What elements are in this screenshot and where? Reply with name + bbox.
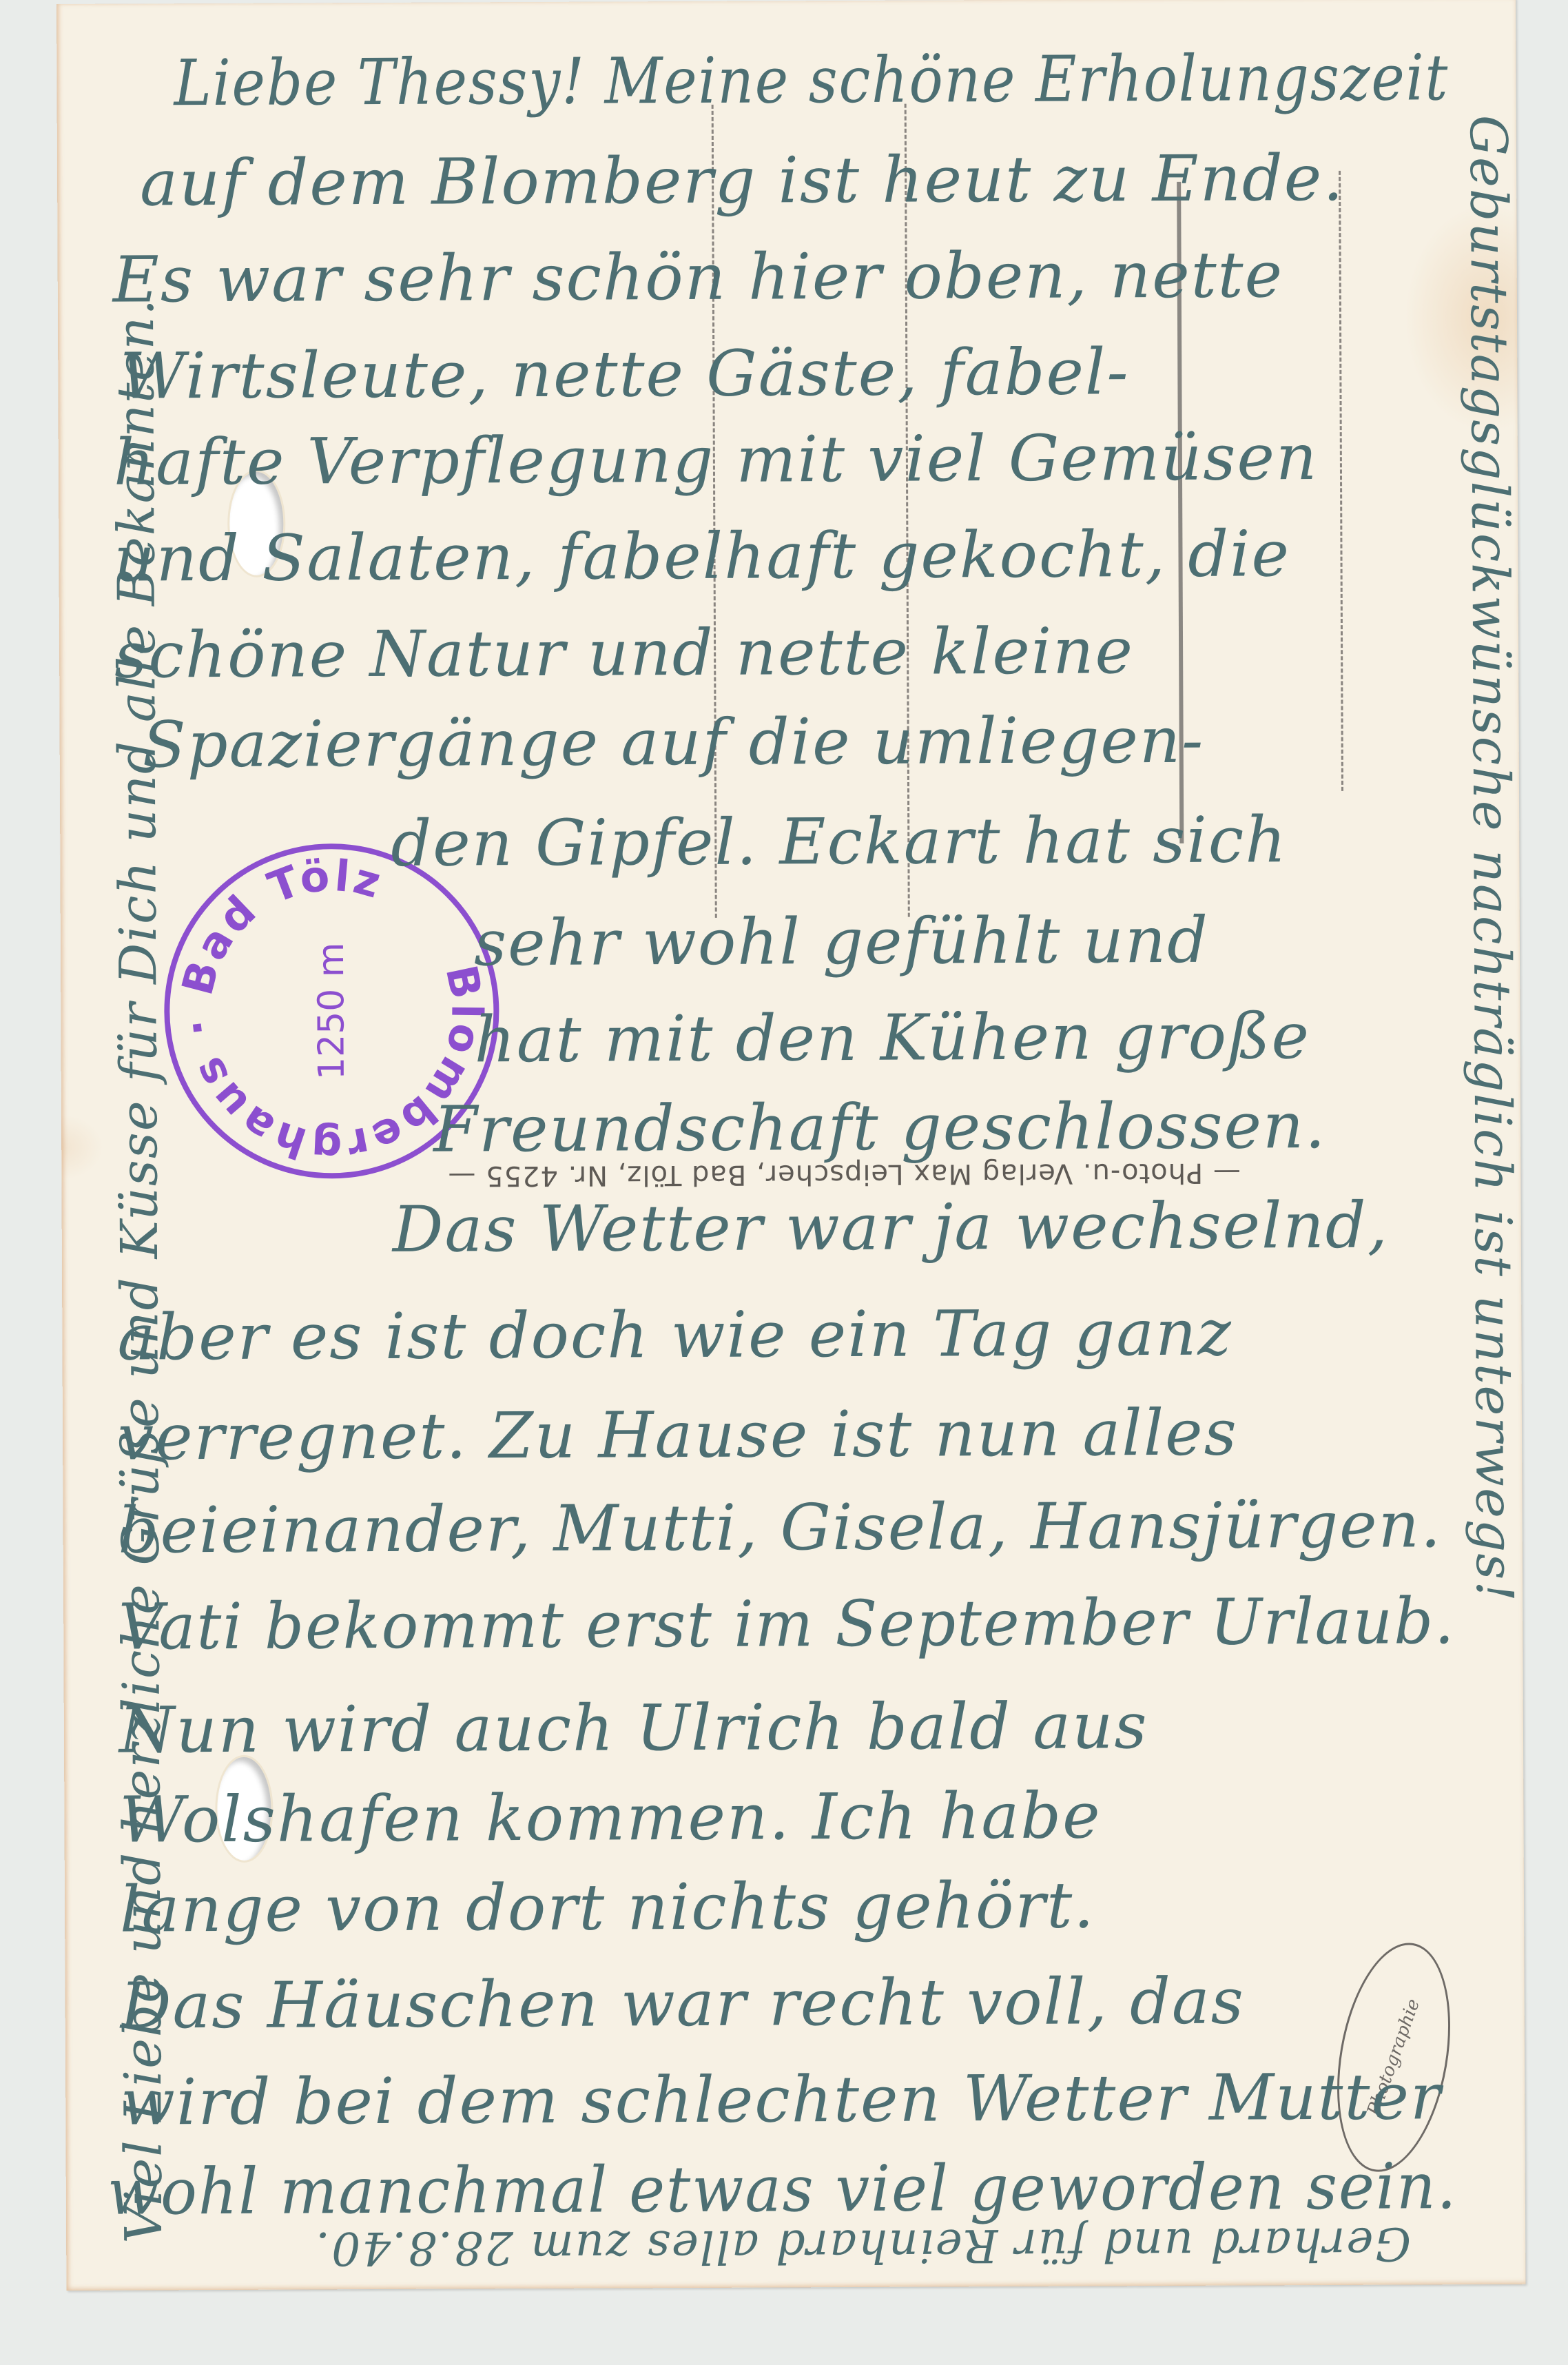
letter-line: auf dem Blomberg ist heut zu Ende. [140,147,1345,216]
letter-line: aber es ist doch wie ein Tag ganz [117,1302,1232,1370]
letter-line: Liebe Thessy! Meine schöne Erholungszeit [174,46,1449,115]
dashed-guide-line-1 [712,105,717,918]
letter-line: schöne Natur und nette kleine [114,620,1134,687]
letter-line: hat mit den Kühen große [474,1005,1310,1072]
letter-line: Wolshafen kommen. Ich habe [119,1784,1101,1852]
letter-line: sehr wohl gefühlt und [474,909,1210,976]
dashed-guide-line-2 [905,104,910,917]
letter-line: Das Wetter war ja wechselnd, [393,1194,1389,1262]
letter-line: wird bei dem schlechten Wetter Mutter [121,2065,1442,2134]
letter-line: den Gipfel. Eckart hat sich [391,808,1288,876]
letter-line: Spaziergänge auf die umliegen- [142,709,1204,777]
bottom-upside-down-note: Gerhard und für Reinhard alles zum 28.8.… [314,2217,1411,2275]
right-margin-note: Geburtstagsglückwünsche nachträglich ist… [1458,115,1524,1603]
letter-line: lange von dort nichts gehört. [120,1874,1095,1941]
stamp-elevation: 1250 m [311,942,353,1080]
photographie-oval-mark: Photographie [1321,1934,1467,2181]
letter-line: Es war sehr schön hier oben, nette [113,243,1284,311]
letter-line: beieinander, Mutti, Gisela, Hansjürgen. [118,1493,1442,1562]
letter-line: Nun wird auch Ulrich bald aus [119,1695,1148,1763]
left-margin-note: Viel Liebe und herzliche Grüße und Küsse… [106,298,174,2244]
letter-body: Liebe Thessy! Meine schöne Erholungszeit… [56,0,1516,4]
letter-line: wohl manchmal etwas viel geworden sein. [107,2155,1458,2224]
postcard: Blomberghaus · Bad Tölz 1250 m — Photo-u… [56,0,1525,2291]
letter-line: Wirtsleute, nette Gäste, fabel- [120,340,1129,408]
letter-line: verregnet. Zu Hause ist nun alles [118,1402,1238,1470]
letter-line: Vati bekommt erst im September Urlaub. [118,1590,1455,1659]
letter-line: Freundschaft geschlossen. [433,1094,1327,1162]
dashed-guide-line-3 [1339,171,1343,791]
letter-line: und Salaten, fabelhaft gekocht, die [114,522,1290,591]
letter-line: hafte Verpflegung mit viel Gemüsen [114,426,1319,495]
letter-line: Das Häuschen war recht voll, das [120,1970,1245,2038]
